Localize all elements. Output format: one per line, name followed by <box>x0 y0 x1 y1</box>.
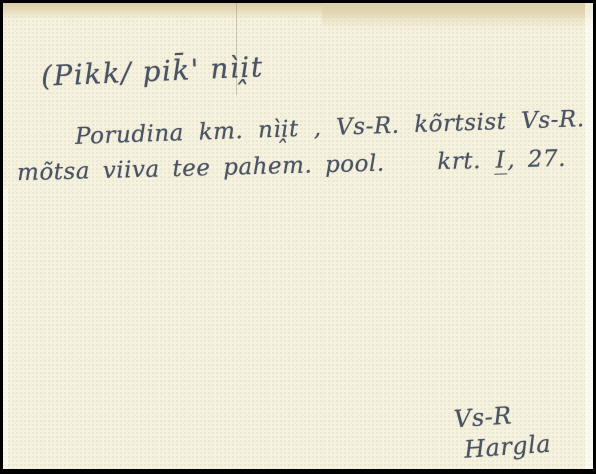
headword-line: (Pikk/ pik̄' nìi̭t <box>40 50 264 93</box>
signature-parish: Hargla <box>463 429 552 466</box>
map-reference-roman-numeral: I <box>493 147 507 174</box>
scanned-card-image: (Pikk/ pik̄' nìi̭t Porudina km. nìi̭t , … <box>0 0 596 474</box>
body-text-line-1: Porudina km. nìi̭t , Vs-R. kõrtsist Vs-R… <box>75 106 585 150</box>
index-card: (Pikk/ pik̄' nìi̭t Porudina km. nìi̭t , … <box>3 3 593 469</box>
card-left-edge-highlight <box>3 189 8 469</box>
map-reference-number: , 27. <box>507 146 566 174</box>
card-right-edge-highlight <box>585 3 593 469</box>
map-reference: krt. I, 27. <box>437 146 566 175</box>
location-description: mõtsa viiva tee pahem. pool. <box>17 151 385 187</box>
card-top-right-edge-shadow <box>322 3 593 29</box>
signature-block: Vs-R Hargla <box>453 398 552 466</box>
body-text-line-2: mõtsa viiva tee pahem. pool. krt. I, 27. <box>17 146 567 186</box>
map-reference-prefix: krt. <box>437 148 481 175</box>
